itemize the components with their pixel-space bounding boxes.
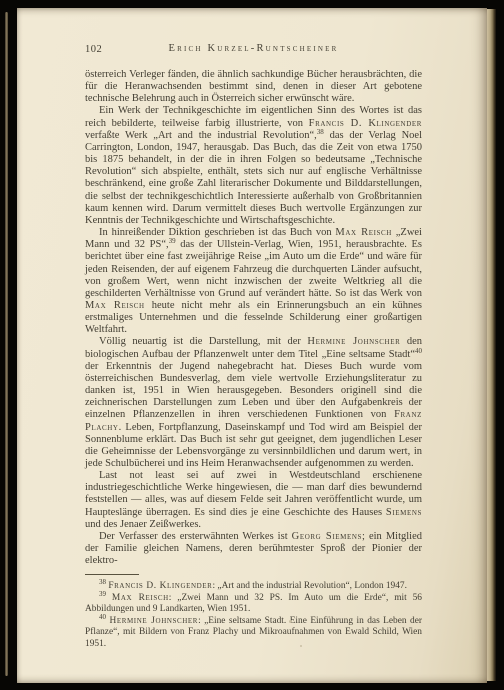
text-segment: und des Jenaer Zeißwerkes. bbox=[85, 519, 201, 530]
book-page: 102 Erich Kurzel-Runtscheiner österreich… bbox=[17, 8, 487, 683]
footnote-item: 38 Francis D. Klingender: „Art and the i… bbox=[85, 581, 422, 592]
footnote-marker: 40 bbox=[99, 613, 106, 621]
small-caps-name: Francis D. Klingender bbox=[309, 118, 422, 129]
page-number: 102 bbox=[85, 44, 102, 55]
small-caps-name: Siemens bbox=[386, 507, 422, 518]
paragraph: Ein Werk der Technikgeschichte im eigent… bbox=[85, 105, 422, 227]
footnote-item: 39 Max Reisch: „Zwei Mann und 32 PS. Im … bbox=[85, 593, 422, 616]
body-text: österreich Verleger fänden, die ähnlich … bbox=[85, 69, 422, 567]
text-segment: österreich Verleger fänden, die ähnlich … bbox=[85, 69, 422, 104]
paragraph: österreich Verleger fänden, die ähnlich … bbox=[85, 69, 422, 105]
footnote-marker: 38 bbox=[99, 578, 106, 586]
footnote-marker: 39 bbox=[99, 590, 106, 598]
paragraph: Last not least sei auf zwei in Westdeuts… bbox=[85, 470, 422, 531]
text-segment: Völlig neuartig ist die Darstellung, mit… bbox=[99, 336, 307, 347]
footnote-rule bbox=[85, 574, 139, 575]
footnote-item: 40 Hermine Johnscher: „Eine seltsame Sta… bbox=[85, 616, 422, 650]
small-caps-name: Max Reisch bbox=[335, 227, 392, 238]
footnote-reference: 38 bbox=[317, 128, 324, 136]
running-head-title: Erich Kurzel-Runtscheiner bbox=[85, 43, 422, 54]
paragraph: Der Verfasser des ersterwähnten Werkes i… bbox=[85, 531, 422, 567]
page-stack-edges bbox=[487, 9, 496, 681]
text-segment: Der Verfasser des ersterwähnten Werkes i… bbox=[99, 531, 292, 542]
footnote-reference: 40 bbox=[415, 347, 422, 355]
paper-speck bbox=[289, 620, 292, 623]
footnotes: 38 Francis D. Klingender: „Art and the i… bbox=[85, 581, 422, 650]
book-photo: 102 Erich Kurzel-Runtscheiner österreich… bbox=[0, 0, 504, 690]
text-segment: Last not least sei auf zwei in Westdeuts… bbox=[85, 470, 422, 517]
text-segment: In hinreißender Diktion geschrieben ist … bbox=[99, 227, 335, 238]
text-segment: das der Verlag Noel Carrington, London, … bbox=[85, 130, 422, 226]
text-segment: : „Art and the industrial Revolution“, L… bbox=[212, 581, 407, 591]
text-segment: . Leben, Fortpflanzung, Daseinskampf und… bbox=[85, 422, 422, 469]
small-caps-name: Max Reisch bbox=[112, 593, 169, 603]
small-caps-name: Georg Siemens bbox=[292, 531, 362, 542]
text-segment: der Erkenntnis der Jugend nahegebracht h… bbox=[85, 361, 422, 421]
book-spine-edge bbox=[5, 12, 8, 676]
paragraph: Völlig neuartig ist die Darstellung, mit… bbox=[85, 336, 422, 470]
small-caps-name: Hermine Johnscher bbox=[307, 336, 400, 347]
text-segment: verfaßte Werk „Art and the industrial Re… bbox=[85, 130, 317, 141]
small-caps-name: Francis D. Klingender bbox=[108, 581, 212, 591]
small-caps-name: Hermine Johnscher bbox=[109, 616, 198, 626]
small-caps-name: Max Reisch bbox=[85, 300, 145, 311]
paper-speck bbox=[300, 645, 302, 647]
running-head: 102 Erich Kurzel-Runtscheiner bbox=[85, 43, 422, 56]
page-content: 102 Erich Kurzel-Runtscheiner österreich… bbox=[85, 43, 422, 650]
footnote-reference: 39 bbox=[169, 237, 176, 245]
paragraph: In hinreißender Diktion geschrieben ist … bbox=[85, 227, 422, 336]
